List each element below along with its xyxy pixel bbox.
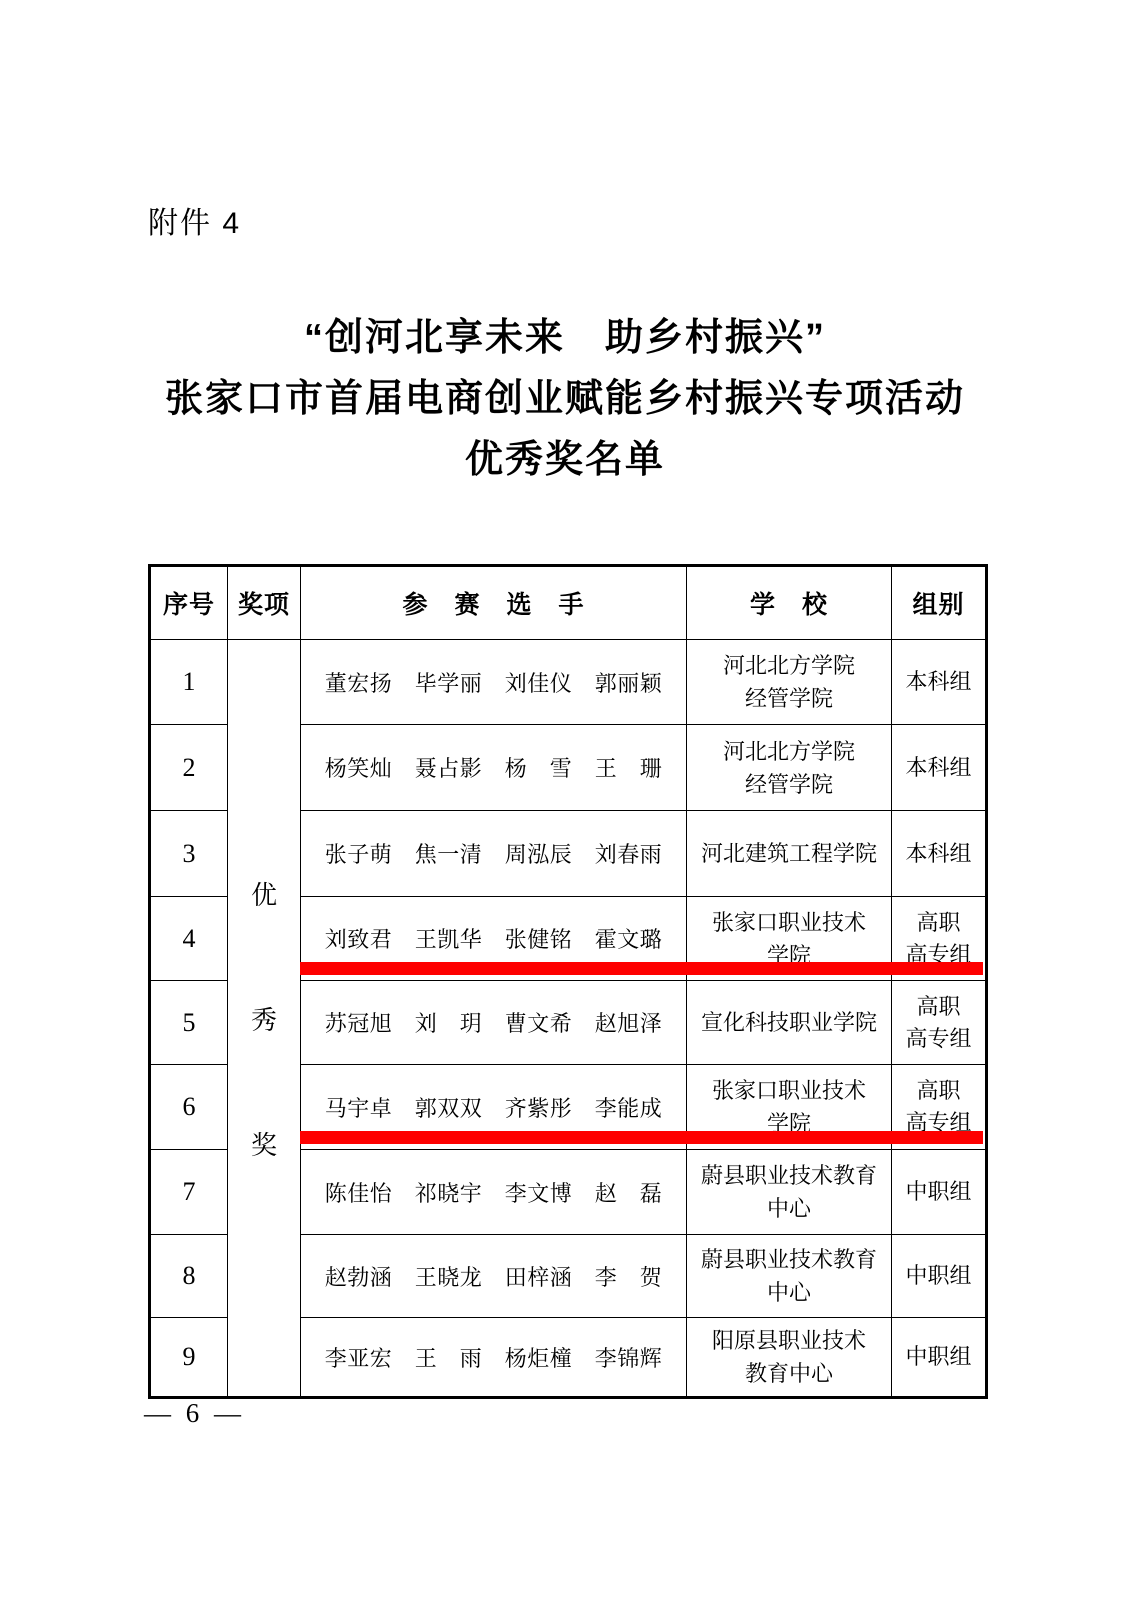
awards-table: 序号 奖项 参 赛 选 手 学 校 组别 1 优 秀 奖 bbox=[148, 564, 988, 1399]
award-char-1: 优 bbox=[251, 875, 277, 912]
group-cell: 中职组 bbox=[892, 1150, 987, 1235]
attachment-label: 附件 4 bbox=[148, 198, 241, 242]
table-header-row: 序号 奖项 参 赛 选 手 学 校 组别 bbox=[150, 566, 987, 640]
contestants-cell: 张子萌 焦一清 周泓辰 刘春雨 bbox=[301, 811, 687, 897]
row-number: 4 bbox=[150, 897, 228, 981]
column-header-no: 序号 bbox=[150, 566, 228, 640]
contestants-cell: 董宏扬 毕学丽 刘佳仪 郭丽颖 bbox=[301, 640, 687, 725]
title-line-2: 张家口市首届电商创业赋能乡村振兴专项活动 bbox=[0, 369, 1130, 430]
group-cell: 中职组 bbox=[892, 1318, 987, 1398]
row-number: 2 bbox=[150, 725, 228, 811]
table-row: 1 优 秀 奖 董宏扬 毕学丽 刘佳仪 郭丽颖 河北北方学院 经管学院 本科组 bbox=[150, 640, 987, 725]
column-header-contestants: 参 赛 选 手 bbox=[301, 566, 687, 640]
row-number: 5 bbox=[150, 981, 228, 1065]
group-cell: 本科组 bbox=[892, 811, 987, 897]
award-char-3: 奖 bbox=[251, 1125, 277, 1162]
school-cell: 阳原县职业技术 教育中心 bbox=[687, 1318, 892, 1398]
group-cell: 本科组 bbox=[892, 725, 987, 811]
title-line-3: 优秀奖名单 bbox=[0, 430, 1130, 491]
page-number: — 6 — bbox=[144, 1398, 245, 1429]
contestants-cell: 陈佳怡 祁晓宇 李文博 赵 磊 bbox=[301, 1150, 687, 1235]
row-number: 6 bbox=[150, 1065, 228, 1150]
school-cell: 蔚县职业技术教育 中心 bbox=[687, 1235, 892, 1318]
contestants-cell: 杨笑灿 聂占影 杨 雪 王 珊 bbox=[301, 725, 687, 811]
school-cell: 河北北方学院 经管学院 bbox=[687, 640, 892, 725]
row-number: 9 bbox=[150, 1318, 228, 1398]
highlight-underline-row-4 bbox=[300, 962, 983, 975]
group-cell: 高职 高专组 bbox=[892, 981, 987, 1065]
school-cell: 河北北方学院 经管学院 bbox=[687, 725, 892, 811]
column-header-school: 学 校 bbox=[687, 566, 892, 640]
column-header-group: 组别 bbox=[892, 566, 987, 640]
column-header-award: 奖项 bbox=[228, 566, 301, 640]
award-merged-cell: 优 秀 奖 bbox=[228, 640, 301, 1398]
row-number: 1 bbox=[150, 640, 228, 725]
contestants-cell: 李亚宏 王 雨 杨炬橦 李锦辉 bbox=[301, 1318, 687, 1398]
school-cell: 蔚县职业技术教育 中心 bbox=[687, 1150, 892, 1235]
school-cell: 宣化科技职业学院 bbox=[687, 981, 892, 1065]
contestants-cell: 赵勃涵 王晓龙 田梓涵 李 贺 bbox=[301, 1235, 687, 1318]
document-page: 附件 4 “创河北享未来 助乡村振兴” 张家口市首届电商创业赋能乡村振兴专项活动… bbox=[0, 0, 1130, 1600]
group-cell: 中职组 bbox=[892, 1235, 987, 1318]
document-title: “创河北享未来 助乡村振兴” 张家口市首届电商创业赋能乡村振兴专项活动 优秀奖名… bbox=[0, 308, 1130, 491]
group-cell: 本科组 bbox=[892, 640, 987, 725]
title-line-1: “创河北享未来 助乡村振兴” bbox=[0, 308, 1130, 369]
award-label-stack: 优 秀 奖 bbox=[228, 875, 300, 1162]
row-number: 8 bbox=[150, 1235, 228, 1318]
awards-table-container: 序号 奖项 参 赛 选 手 学 校 组别 1 优 秀 奖 bbox=[148, 564, 985, 1399]
highlight-underline-row-6 bbox=[300, 1131, 983, 1144]
school-cell: 河北建筑工程学院 bbox=[687, 811, 892, 897]
award-char-2: 秀 bbox=[251, 1000, 277, 1037]
contestants-cell: 苏冠旭 刘 玥 曹文希 赵旭泽 bbox=[301, 981, 687, 1065]
row-number: 3 bbox=[150, 811, 228, 897]
row-number: 7 bbox=[150, 1150, 228, 1235]
